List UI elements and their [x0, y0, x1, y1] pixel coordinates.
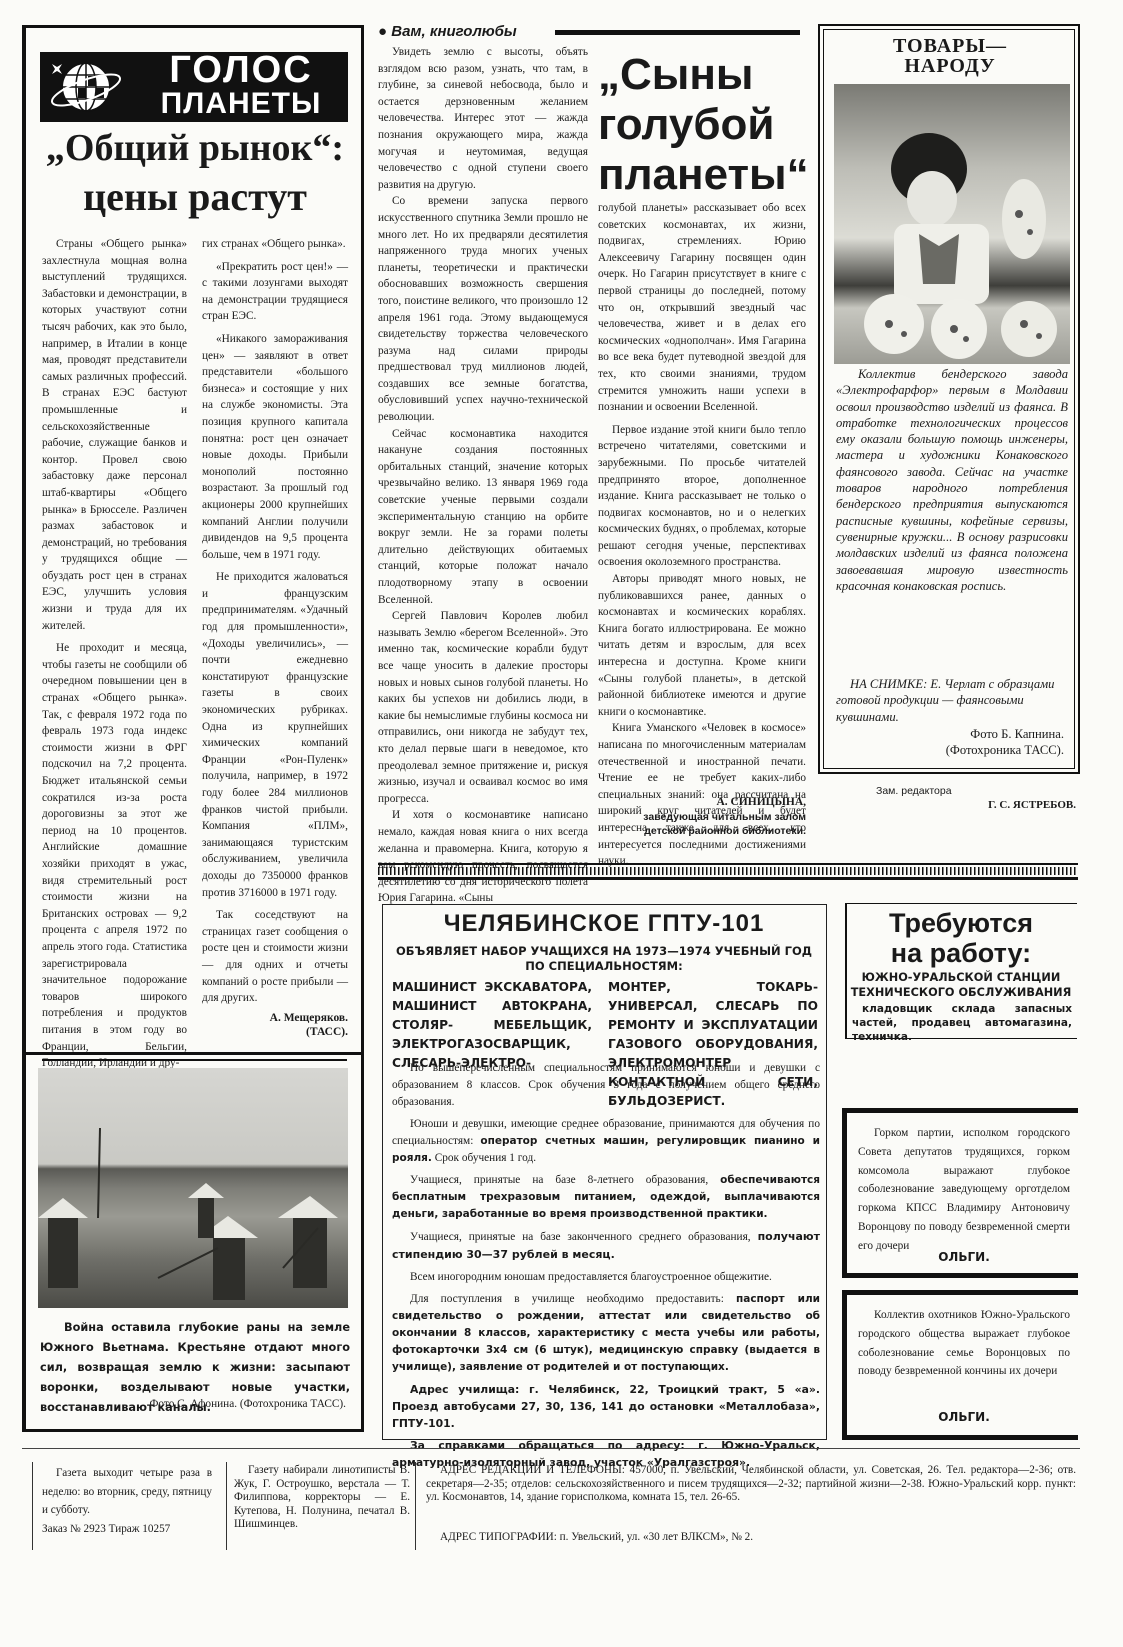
paragraph: Не приходится жаловаться и французским п…	[202, 569, 348, 901]
vietnam-photo-credit: Фото С. Афонина. (Фотохроника ТАСС).	[40, 1398, 346, 1410]
tovary-title-line1: ТОВАРЫ—	[830, 36, 1070, 56]
golos-author: А. Мещеряков.	[202, 1012, 348, 1024]
condolence-name-1: ОЛЬГИ.	[858, 1250, 1070, 1264]
gptu-paragraph: Для поступления в училище необходимо пре…	[392, 1291, 820, 1376]
ornamental-rule-top	[378, 863, 1078, 865]
paragraph: гих странах «Общего рынка».	[202, 236, 348, 253]
jobs-title: Требуются на работу:	[850, 908, 1072, 968]
gptu-paragraph: Учащиеся, принятые на базе законченного …	[392, 1228, 820, 1264]
golos-article-col1: Страны «Общего рынка» захлестнула мощная…	[42, 236, 187, 1072]
paragraph: Сергей Павлович Королев любил называть З…	[378, 608, 588, 807]
books-title-line1: „Сыны	[598, 50, 808, 100]
books-title-line3: планеты“	[598, 150, 808, 200]
jobs-positions: кладовщик склада запасных частей, продав…	[852, 1002, 1072, 1044]
books-article-col1: Увидеть землю с высоты, объять взглядом …	[378, 44, 588, 907]
paragraph: И хотя о космонавтике написано немало, к…	[378, 807, 588, 907]
footer-typography: АДРЕС ТИПОГРАФИИ: п. Увельский, ул. «30 …	[440, 1530, 1076, 1544]
vietnam-field-photo	[38, 1068, 348, 1308]
footer-address: АДРЕС РЕДАКЦИИ И ТЕЛЕФОНЫ: 457000, п. Ув…	[426, 1464, 1076, 1505]
gptu-paragraph: Всем иногородним юношам предоставляется …	[392, 1269, 820, 1286]
bullet-icon: ●	[378, 23, 391, 40]
books-author: А. СИНИЦЫНА,	[598, 796, 806, 808]
paragraph: Сейчас космонавтика находится накануне с…	[378, 426, 588, 609]
jobs-title-line2: на работу:	[850, 938, 1072, 968]
paragraph: голубой планеты» рассказывает обо всех с…	[598, 200, 806, 416]
banner-title-line1: ГОЛОС	[136, 50, 346, 90]
paragraph: Увидеть землю с высоты, объять взглядом …	[378, 44, 588, 193]
gptu-body: По вышеперечисленным специальностям прин…	[392, 1060, 820, 1471]
editor-name: Г. С. ЯСТРЕБОВ.	[876, 798, 1076, 812]
porcelain-photo	[834, 84, 1070, 364]
tovary-caption: Коллектив бендерского завода «Электрофар…	[836, 366, 1068, 594]
ornamental-rule-hatch	[378, 867, 1078, 875]
golos-planety-banner: ГОЛОС ПЛАНЕТЫ	[40, 52, 348, 122]
gptu-specialties-left: МАШИНИСТ ЭКСКАВАТОРА, МАШИНИСТ АВТОКРАНА…	[392, 978, 592, 1073]
rubric-rule	[555, 30, 800, 35]
paragraph: Авторы приводят много новых, не публиков…	[598, 571, 806, 720]
paragraph: Не проходит и месяца, чтобы газеты не со…	[42, 640, 187, 1071]
editor-title: Зам. редактора	[876, 784, 1076, 798]
paragraph: Страны «Общего рынка» захлестнула мощная…	[42, 236, 187, 634]
footer-staff: Газету набирали линотиписты В. Жук, Г. О…	[234, 1464, 410, 1532]
tovary-snimke: НА СНИМКЕ: Е. Черлат с образцами готовой…	[836, 676, 1068, 725]
golos-headline-2: цены растут	[30, 174, 360, 220]
gptu-subtitle-line1: ОБЪЯВЛЯЕТ НАБОР УЧАЩИХСЯ НА 1973—1974 УЧ…	[384, 944, 824, 959]
books-rubric: ● Вам, книголюбы	[378, 22, 578, 42]
banner-title-line2: ПЛАНЕТЫ	[136, 88, 346, 120]
books-author-role: заведующая читальным залом детской район…	[628, 810, 806, 838]
tovary-photo-credit: Фото Б. Капнина.	[836, 726, 1064, 742]
ornamental-rule-bottom	[378, 877, 1078, 880]
condolence-name-2: ОЛЬГИ.	[858, 1410, 1070, 1424]
gptu-subtitle: ОБЪЯВЛЯЕТ НАБОР УЧАЩИХСЯ НА 1973—1974 УЧ…	[384, 944, 824, 974]
editor-label: Зам. редактора Г. С. ЯСТРЕБОВ.	[876, 784, 1076, 812]
gptu-title: ЧЕЛЯБИНСКОЕ ГПТУ-101	[384, 910, 824, 938]
gptu-address: Адрес училища: г. Челябинск, 22, Троицки…	[392, 1381, 820, 1432]
gptu-paragraph: Юноши и девушки, имеющие среднее образов…	[392, 1116, 820, 1167]
gptu-subtitle-line2: ПО СПЕЦИАЛЬНОСТЯМ:	[384, 959, 824, 974]
golos-headline-1: „Общий рынок“:	[30, 126, 360, 170]
tovary-title: ТОВАРЫ— НАРОДУ	[830, 36, 1070, 76]
golos-agency: (ТАСС).	[202, 1026, 348, 1038]
condolence-text-2: Коллектив охотников Южно-Уральского горо…	[858, 1306, 1070, 1381]
paragraph: «Никакого замораживания цен» — заявляют …	[202, 331, 348, 563]
jobs-org: ЮЖНО-УРАЛЬСКОЙ СТАНЦИИ ТЕХНИЧЕСКОГО ОБСЛ…	[850, 970, 1072, 1000]
footer-order: Заказ № 2923 Тираж 10257	[42, 1521, 212, 1537]
paragraph: «Прекратить рост цен!» — с такими лозунг…	[202, 259, 348, 325]
golos-article-col2: гих странах «Общего рынка». «Прекратить …	[202, 236, 348, 1007]
gptu-paragraph: Учащиеся, принятые на базе 8-летнего обр…	[392, 1172, 820, 1223]
books-title: „Сыны голубой планеты“	[598, 50, 808, 200]
globe-icon	[46, 52, 126, 122]
tovary-agency: (Фотохроника ТАСС).	[836, 742, 1064, 758]
tovary-title-line2: НАРОДУ	[830, 56, 1070, 76]
books-title-line2: голубой	[598, 100, 808, 150]
paragraph: Со времени запуска первого искусственног…	[378, 193, 588, 425]
condolence-text-1: Горком партии, исполком городского Совет…	[858, 1124, 1070, 1256]
paragraph: Так соседствуют на страницах газет сообщ…	[202, 907, 348, 1007]
footer-schedule: Газета выходит четыре раза в неделю: во …	[42, 1464, 212, 1520]
gptu-paragraph: По вышеперечисленным специальностям прин…	[392, 1060, 820, 1111]
books-article-col2: голубой планеты» рассказывает обо всех с…	[598, 200, 806, 870]
footer-top-rule	[22, 1448, 1080, 1449]
jobs-title-line1: Требуются	[850, 908, 1072, 938]
paragraph: Первое издание этой книги было тепло вст…	[598, 422, 806, 571]
